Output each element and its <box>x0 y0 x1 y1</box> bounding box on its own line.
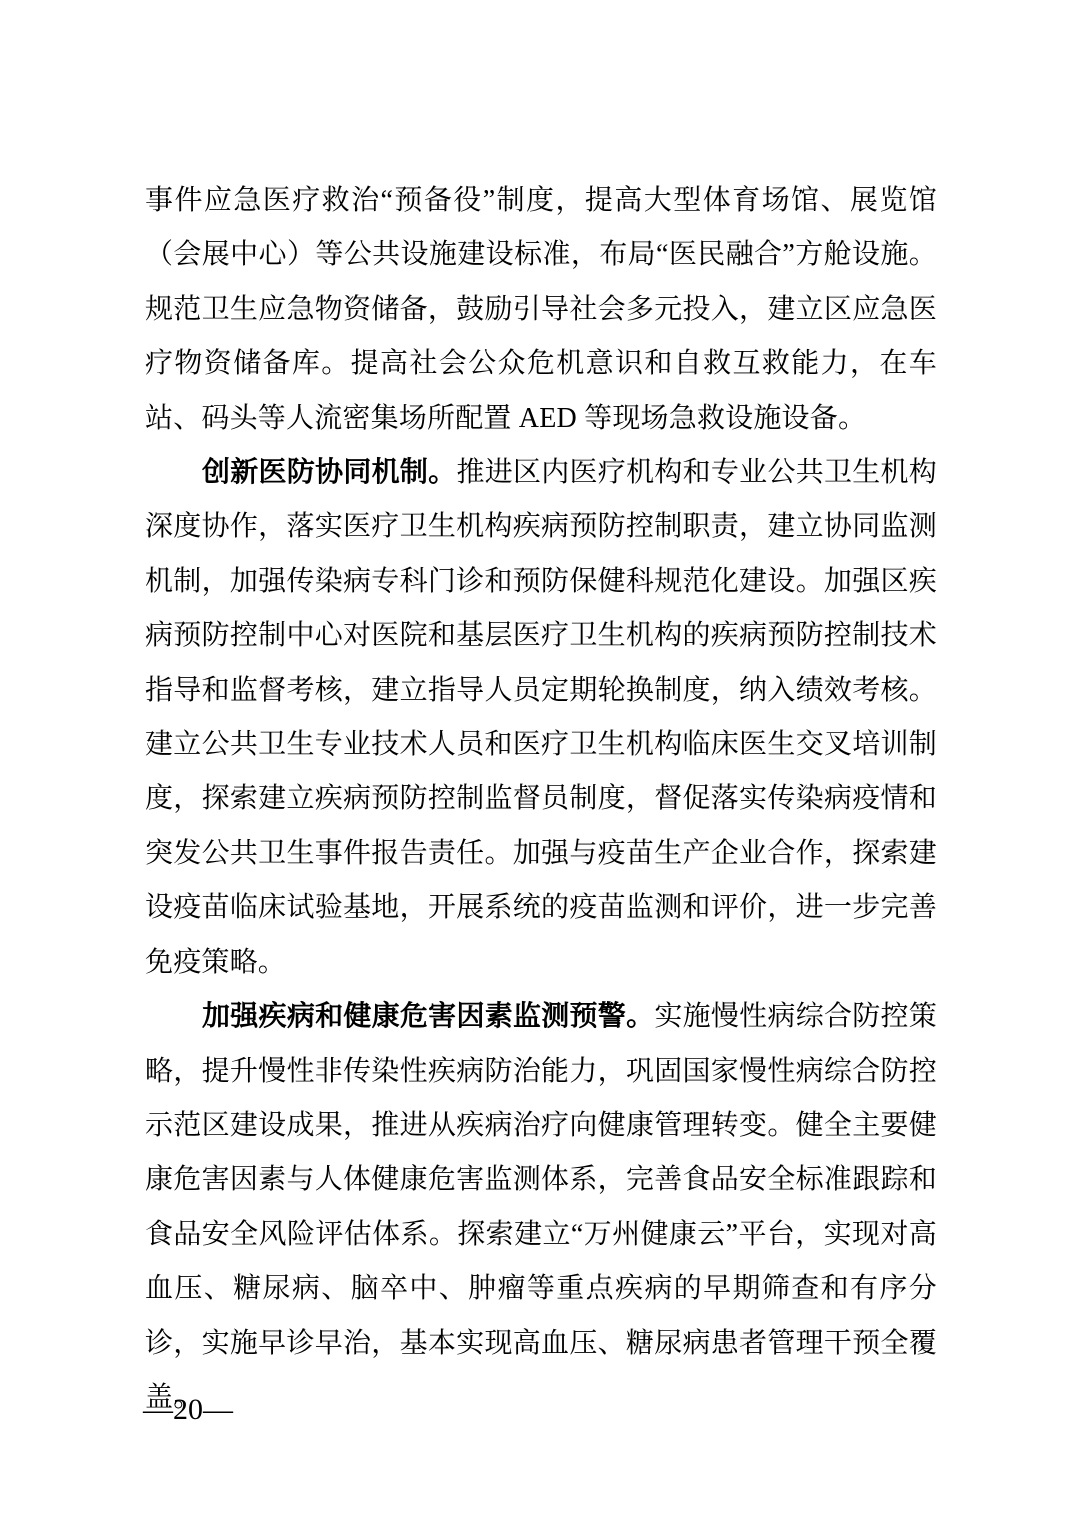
paragraph-text: 推进区内医疗机构和专业公共卫生机构深度协作，落实医疗卫生机构疾病预防控制职责，建… <box>145 457 937 978</box>
paragraph-lead-bold: 加强疾病和健康危害因素监测预警。 <box>202 1001 654 1032</box>
paragraph-text: 实施慢性病综合防控策略，提升慢性非传染性疾病防治能力，巩固国家慢性病综合防控示范… <box>145 1001 937 1413</box>
paragraph-disease-monitoring: 加强疾病和健康危害因素监测预警。实施慢性病综合防控策略，提升慢性非传染性疾病防治… <box>145 990 937 1425</box>
page-number: —20— <box>143 1390 233 1430</box>
paragraph-text: 事件应急医疗救治“预备役”制度，提高大型体育场馆、展览馆（会展中心）等公共设施建… <box>145 185 937 434</box>
body-text: 事件应急医疗救治“预备役”制度，提高大型体育场馆、展览馆（会展中心）等公共设施建… <box>145 174 937 1425</box>
paragraph-lead-bold: 创新医防协同机制。 <box>202 457 456 488</box>
paragraph-innovation-mechanism: 创新医防协同机制。推进区内医疗机构和专业公共卫生机构深度协作，落实医疗卫生机构疾… <box>145 446 937 990</box>
document-page: 事件应急医疗救治“预备役”制度，提高大型体育场馆、展览馆（会展中心）等公共设施建… <box>0 0 1074 1520</box>
paragraph-continuation: 事件应急医疗救治“预备役”制度，提高大型体育场馆、展览馆（会展中心）等公共设施建… <box>145 174 937 446</box>
